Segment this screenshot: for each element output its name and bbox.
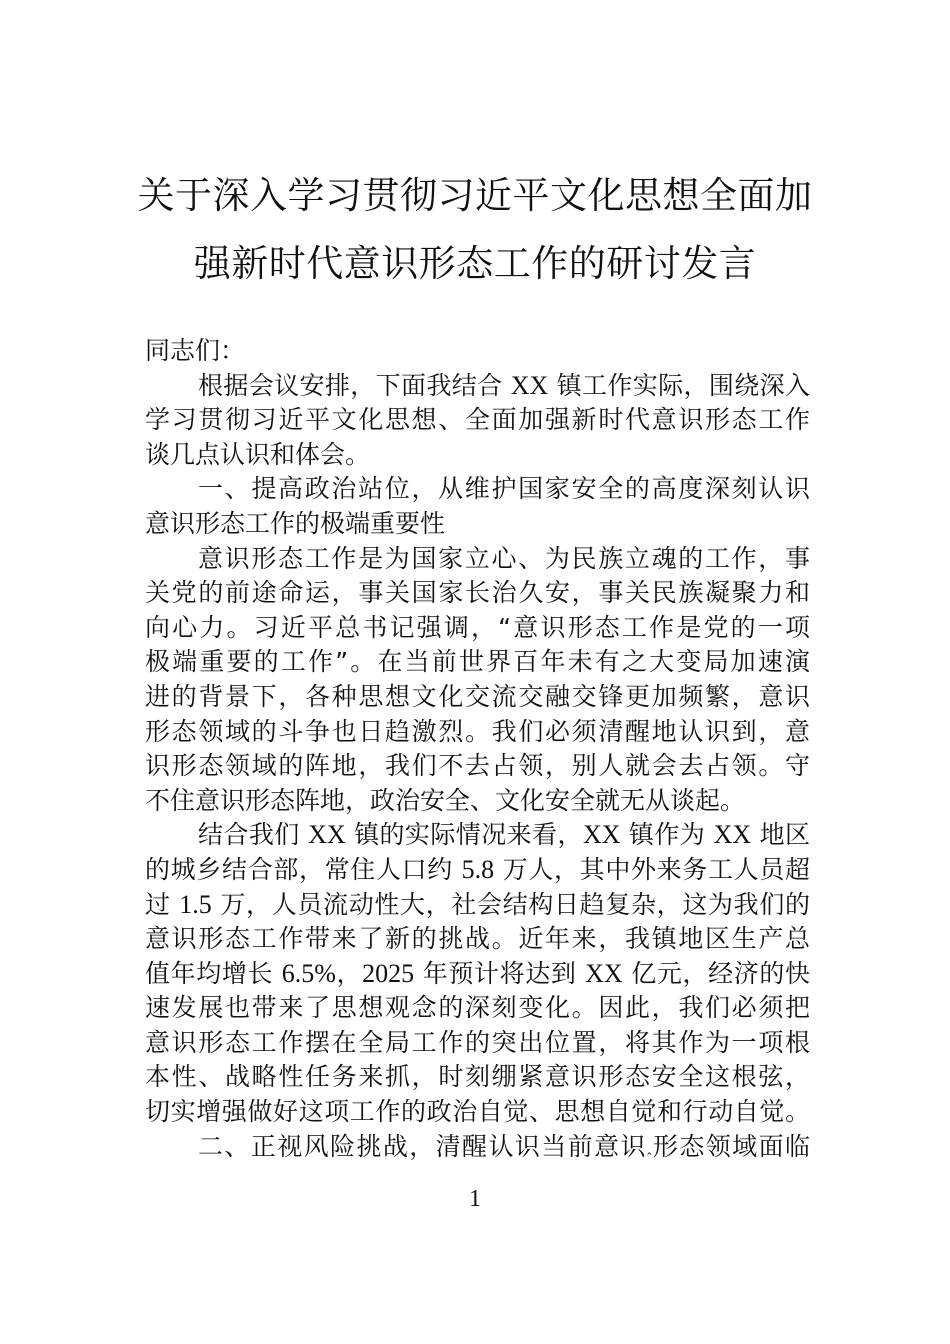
body-line: 极端重要的工作”。在当前世界百年未有之大变局加速演 bbox=[145, 645, 810, 680]
body-line: 过 1.5 万，人员流动性大，社会结构日趋复杂，这为我们的 bbox=[145, 888, 810, 923]
body-line: 识形态领域的阵地，我们不去占领，别人就会去占领。守 bbox=[145, 749, 810, 784]
title-line-1: 关于深入学习贯彻习近平文化思想全面加 bbox=[100, 162, 850, 230]
salutation: 同志们： bbox=[145, 334, 810, 369]
body-line: 进的背景下，各种思想文化交流交融交锋更加频繁，意识 bbox=[145, 680, 810, 715]
body-line: 意识形态工作是为国家立心、为民族立魂的工作，事 bbox=[145, 542, 810, 577]
page-number: 1 bbox=[0, 1186, 950, 1213]
body-line: 一、提高政治站位，从维护国家安全的高度深刻认识 bbox=[145, 472, 810, 507]
body-line: 不住意识形态阵地，政治安全、文化安全就无从谈起。 bbox=[145, 784, 810, 819]
document-page: 关于深入学习贯彻习近平文化思想全面加 强新时代意识形态工作的研讨发言 同志们： … bbox=[0, 0, 950, 1344]
body-line: 本性、战略性任务来抓，时刻绷紧意识形态安全这根弦， bbox=[145, 1060, 810, 1095]
document-body: 同志们： 根据会议安排，下面我结合 XX 镇工作实际，围绕深入学习贯彻习近平文化… bbox=[145, 334, 810, 1164]
body-line: 意识形态工作摆在全局工作的突出位置，将其作为一项根 bbox=[145, 1026, 810, 1061]
body-line: 学习贯彻习近平文化思想、全面加强新时代意识形态工作 bbox=[145, 403, 810, 438]
body-line: 意识形态工作的极端重要性 bbox=[145, 507, 810, 542]
body-line: 向心力。习近平总书记强调，“意识形态工作是党的一项 bbox=[145, 611, 810, 646]
body-line: 速发展也带来了思想观念的深刻变化。因此，我们必须把 bbox=[145, 991, 810, 1026]
body-line: 的城乡结合部，常住人口约 5.8 万人，其中外来务工人员超 bbox=[145, 853, 810, 888]
body-line: 根据会议安排，下面我结合 XX 镇工作实际，围绕深入 bbox=[145, 369, 810, 404]
title-line-2: 强新时代意识形态工作的研讨发言 bbox=[100, 230, 850, 298]
body-line: 意识形态工作带来了新的挑战。近年来，我镇地区生产总 bbox=[145, 922, 810, 957]
document-title: 关于深入学习贯彻习近平文化思想全面加 强新时代意识形态工作的研讨发言 bbox=[100, 162, 850, 298]
body-line: 切实增强做好这项工作的政治自觉、思想自觉和行动自觉。 bbox=[145, 1095, 810, 1130]
body-line: 关党的前途命运，事关国家长治久安，事关民族凝聚力和 bbox=[145, 576, 810, 611]
body-line: 形态领域的斗争也日趋激烈。我们必须清醒地认识到，意 bbox=[145, 715, 810, 750]
body-line: 谈几点认识和体会。 bbox=[145, 438, 810, 473]
stray-mark: ꞈ bbox=[647, 1139, 652, 1155]
body-line: 二、正视风险挑战，清醒认识当前意识ꞈ形态领域面临 bbox=[145, 1130, 810, 1165]
body-line: 值年均增长 6.5%，2025 年预计将达到 XX 亿元，经济的快 bbox=[145, 957, 810, 992]
body-line: 结合我们 XX 镇的实际情况来看，XX 镇作为 XX 地区 bbox=[145, 818, 810, 853]
